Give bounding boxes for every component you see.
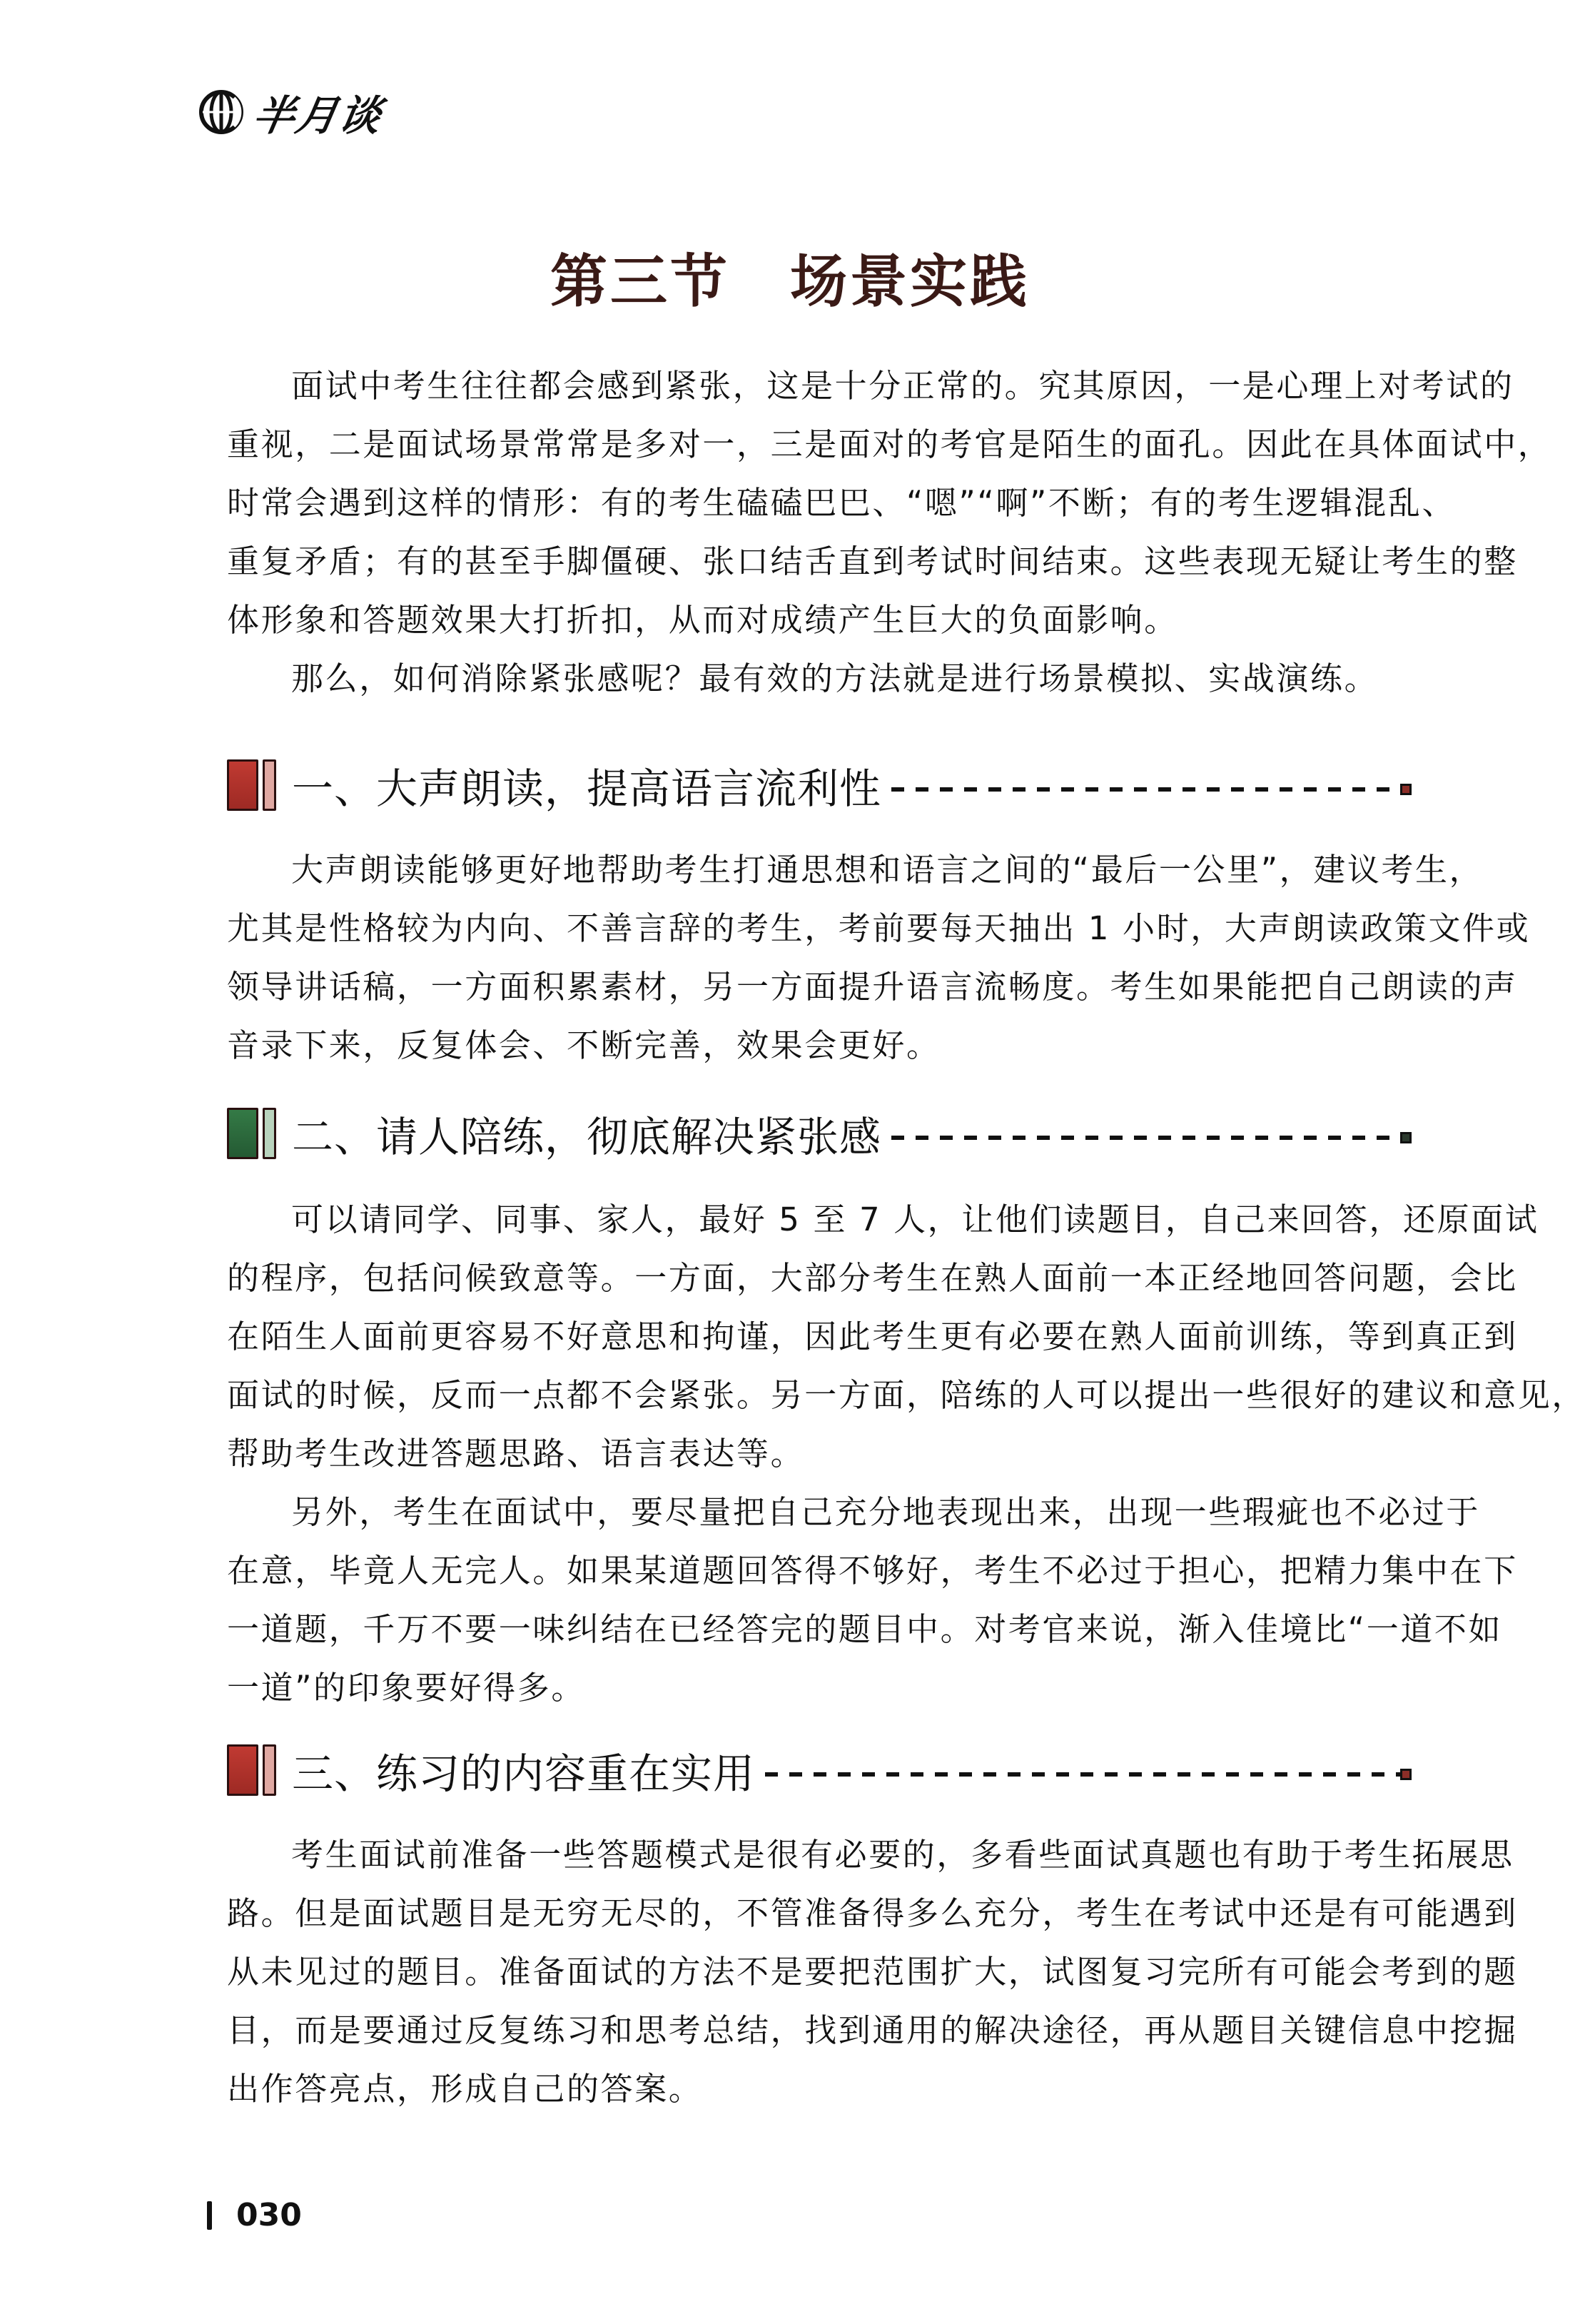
intro-paragraph-1: 面试中考生往往都会感到紧张，这是十分正常的。究其原因，一是心理上对考试的 重视，… [227,357,1413,650]
section-heading-3: 三、练习的内容重在实用 [227,1742,1412,1799]
section-title: 三、练习的内容重在实用 [292,1740,755,1800]
section-heading-1: 一、大声朗读，提高语言流利性 [227,757,1412,814]
text-line: 另外，考生在面试中，要尽量把自己充分地表现出来，出现一些瑕疵也不必过于 [227,1483,1413,1542]
text-line: 那么，如何消除紧张感呢？最有效的方法就是进行场景模拟、实战演练。 [227,650,1413,708]
section-1-paragraph-1: 大声朗读能够更好地帮助考生打通思想和语言之间的“最后一公里”，建议考生， 尤其是… [227,841,1413,1075]
text-line: 目，而是要通过反复练习和思考总结，找到通用的解决途径，再从题目关键信息中挖掘 [227,2001,1413,2060]
text-line: 可以请同学、同事、家人，最好 5 至 7 人，让他们读题目，自己来回答，还原面试 [227,1191,1413,1249]
section-3-paragraph-1: 考生面试前准备一些答题模式是很有必要的，多看些面试真题也有助于考生拓展思 路。但… [227,1826,1413,2118]
text-line: 重视，二是面试场景常常是多对一，三是面对的考官是陌生的面孔。因此在具体面试中， [227,415,1413,474]
text-line: 面试中考生往往都会感到紧张，这是十分正常的。究其原因，一是心理上对考试的 [227,357,1413,415]
text-line: 帮助考生改进答题思路、语言表达等。 [227,1425,1413,1483]
section-2-paragraph-1: 可以请同学、同事、家人，最好 5 至 7 人，让他们读题目，自己来回答，还原面试… [227,1191,1413,1483]
text-line: 大声朗读能够更好地帮助考生打通思想和语言之间的“最后一公里”，建议考生， [227,841,1413,899]
section-marker-icon [227,759,276,811]
text-line: 时常会遇到这样的情形：有的考生磕磕巴巴、“嗯”“啊”不断；有的考生逻辑混乱、 [227,474,1413,532]
page-number-text: 030 [236,2197,302,2233]
text-line: 领导讲话稿，一方面积累素材，另一方面提升语言流畅度。考生如果能把自己朗读的声 [227,958,1413,1016]
dashed-rule [891,1136,1400,1140]
text-line: 在意，毕竟人无完人。如果某道题回答得不够好，考生不必过于担心，把精力集中在下 [227,1542,1413,1600]
rule-end-square-icon [1400,1132,1412,1143]
dashed-rule [765,1772,1400,1777]
section-2-paragraph-2: 另外，考生在面试中，要尽量把自己充分地表现出来，出现一些瑕疵也不必过于 在意，毕… [227,1483,1413,1717]
text-line: 体形象和答题效果大打折扣，从而对成绩产生巨大的负面影响。 [227,591,1413,650]
intro-paragraph-2: 那么，如何消除紧张感呢？最有效的方法就是进行场景模拟、实战演练。 [227,650,1413,708]
section-heading-2: 二、请人陪练，彻底解决紧张感 [227,1105,1412,1162]
globe-icon [198,89,244,135]
section-title: 二、请人陪练，彻底解决紧张感 [292,1103,881,1163]
text-line: 从未见过的题目。准备面试的方法不是要把范围扩大，试图复习完所有可能会考到的题 [227,1943,1413,2001]
text-line: 在陌生人面前更容易不好意思和拘谨，因此考生更有必要在熟人面前训练，等到真正到 [227,1308,1413,1366]
chapter-title: 第三节 场景实践 [0,236,1580,318]
text-line: 面试的时候，反而一点都不会紧张。另一方面，陪练的人可以提出一些很好的建议和意见， [227,1366,1413,1425]
text-line: 尤其是性格较为内向、不善言辞的考生，考前要每天抽出 1 小时，大声朗读政策文件或 [227,899,1413,958]
dashed-rule [891,787,1400,792]
rule-end-square-icon [1400,784,1412,795]
text-line: 重复矛盾；有的甚至手脚僵硬、张口结舌直到考试时间结束。这些表现无疑让考生的整 [227,532,1413,591]
page-number: 030 [207,2197,302,2233]
text-line: 出作答亮点，形成自己的答案。 [227,2060,1413,2118]
section-marker-icon [227,1108,276,1159]
text-line: 一道”的印象要好得多。 [227,1659,1413,1717]
text-line: 音录下来，反复体会、不断完善，效果会更好。 [227,1016,1413,1075]
text-line: 的程序，包括问候致意等。一方面，大部分考生在熟人面前一本正经地回答问题，会比 [227,1249,1413,1308]
section-marker-icon [227,1744,276,1796]
rule-end-square-icon [1400,1769,1412,1780]
text-line: 考生面试前准备一些答题模式是很有必要的，多看些面试真题也有助于考生拓展思 [227,1826,1413,1884]
text-line: 一道题，千万不要一味纠结在已经答完的题目中。对考官来说，渐入佳境比“一道不如 [227,1600,1413,1659]
section-title: 一、大声朗读，提高语言流利性 [292,755,881,815]
text-line: 路。但是面试题目是无穷无尽的，不管准备得多么充分，考生在考试中还是有可能遇到 [227,1884,1413,1943]
publisher-logo: 半月谈 [198,84,383,140]
logo-text: 半月谈 [249,82,388,142]
page-marker-bar [207,2201,212,2230]
